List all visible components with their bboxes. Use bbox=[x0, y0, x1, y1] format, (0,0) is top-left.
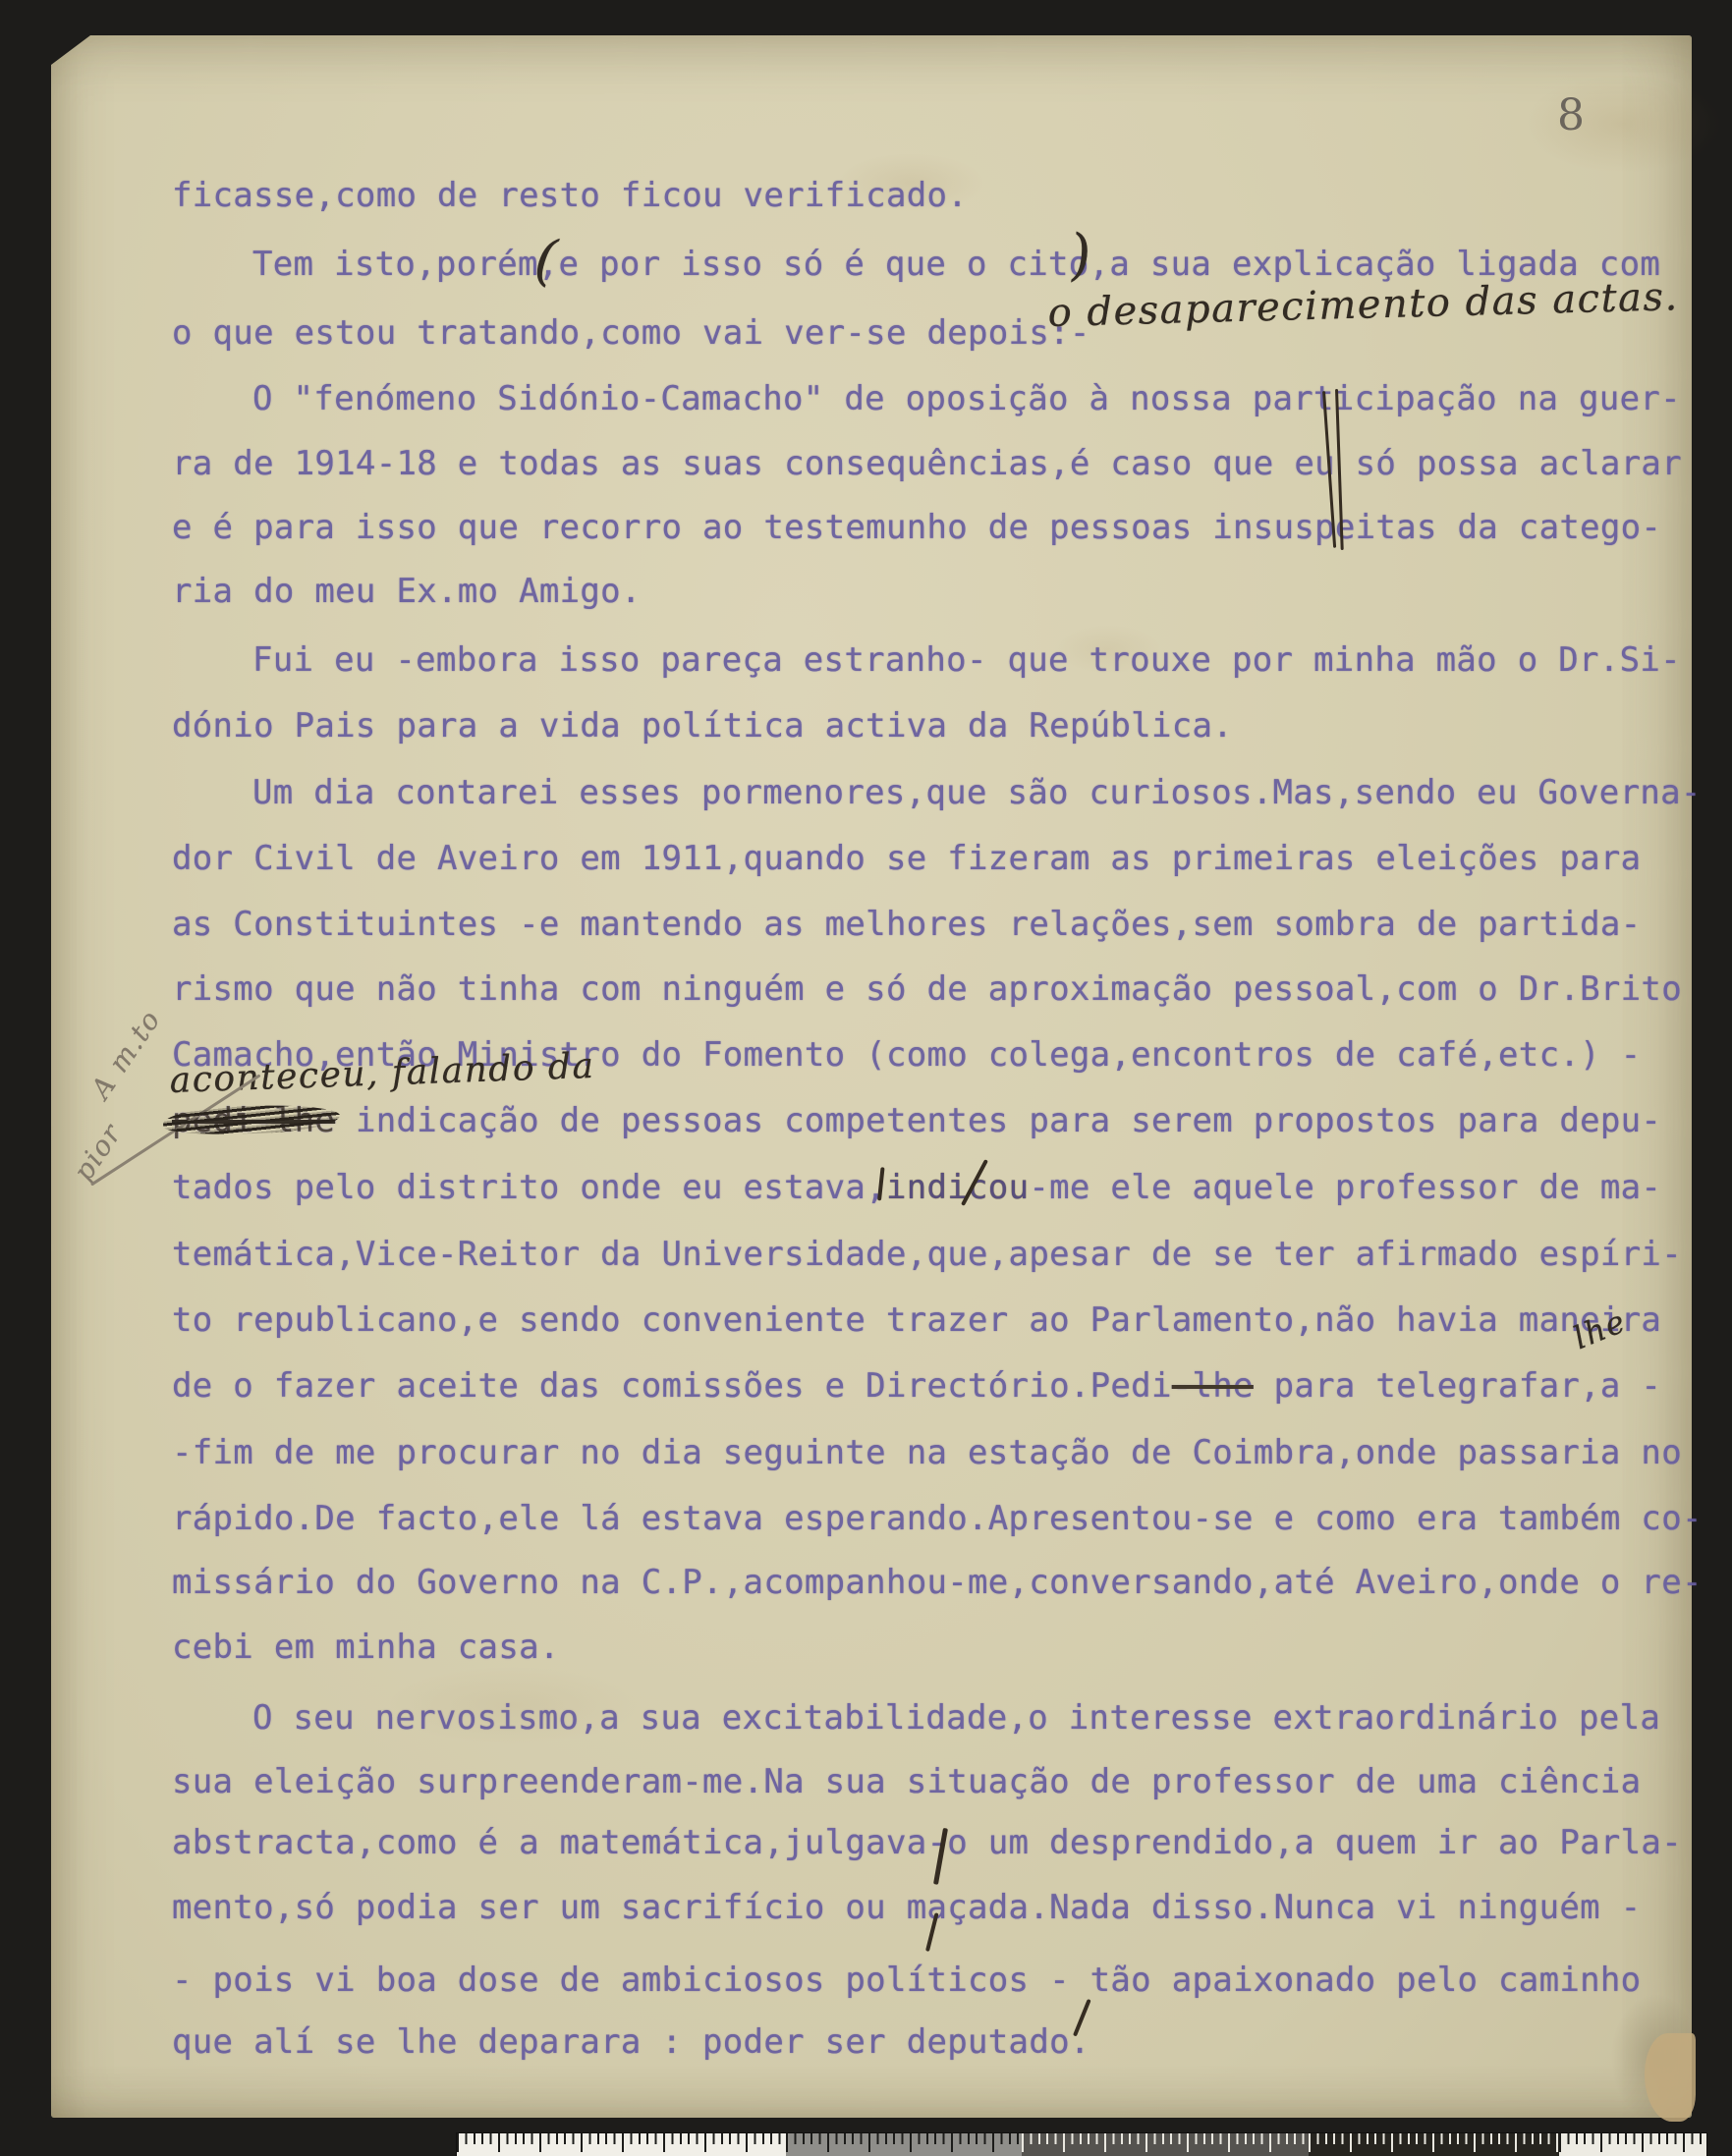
typed-line-28: - pois vi boa dose de ambiciosos polític… bbox=[172, 1963, 1641, 1998]
text-segment-typed: cebi em minha casa. bbox=[172, 1628, 560, 1667]
typed-line-20: -fim de me procurar no dia seguinte na e… bbox=[172, 1435, 1682, 1470]
archive-scan: 8 ficasse,como de resto ficou verificado… bbox=[0, 0, 1732, 2156]
typed-line-29: que alí se lhe deparara : poder ser depu… bbox=[172, 2024, 1090, 2060]
text-segment-typed: indicação de pessoas competentes para se… bbox=[335, 1101, 1661, 1140]
text-segment-typed: mento,só podia ser um sacrifício ou maça… bbox=[172, 1888, 1641, 1927]
text-segment-typed: ra de 1914-18 e todas as suas consequênc… bbox=[172, 444, 1682, 483]
typed-line-4: O "fenómeno Sidónio-Camacho" de oposição… bbox=[252, 381, 1681, 416]
typed-line-13: rismo que não tinha com ninguém e só de … bbox=[172, 971, 1682, 1007]
typed-line-7: ria do meu Ex.mo Amigo. bbox=[172, 574, 642, 609]
text-segment-typed: Tem isto,porém,e por isso só é que o cit… bbox=[252, 245, 1660, 284]
typed-line-21: rápido.De facto,ele lá estava esperando.… bbox=[172, 1501, 1703, 1536]
text-segment-typed: O "fenómeno Sidónio-Camacho" de oposição… bbox=[252, 379, 1681, 418]
typed-line-11: dor Civil de Aveiro em 1911,quando se fi… bbox=[172, 841, 1641, 876]
text-segment-typed: e é para isso que recorro ao testemunho … bbox=[172, 508, 1661, 547]
text-segment-typed: Fui eu -embora isso pareça estranho- que… bbox=[252, 640, 1681, 680]
typed-line-15: pedi-lhe indicação de pessoas competente… bbox=[172, 1103, 1661, 1138]
typed-line-19: de o fazer aceite das comissões e Direct… bbox=[172, 1368, 1661, 1404]
text-segment-typed: ria do meu Ex.mo Amigo. bbox=[172, 572, 642, 611]
text-segment-typed: -fim de me procurar no dia seguinte na e… bbox=[172, 1433, 1682, 1472]
text-segment-penned: indicou bbox=[886, 1168, 1029, 1207]
text-segment-typed: rismo que não tinha com ninguém e só de … bbox=[172, 969, 1682, 1009]
color-scale-ruler bbox=[457, 2133, 1706, 2156]
typed-line-9: dónio Pais para a vida política activa d… bbox=[172, 708, 1233, 744]
text-segment-typed: que alí se lhe deparara : poder ser depu… bbox=[172, 2022, 1090, 2062]
text-segment-typed: sua eleição surpreenderam-me.Na sua situ… bbox=[172, 1762, 1641, 1801]
ruler-segment-4 bbox=[1309, 2133, 1559, 2156]
typed-line-23: cebi em minha casa. bbox=[172, 1630, 560, 1665]
typed-line-10: Um dia contarei esses pormenores,que são… bbox=[252, 775, 1702, 810]
typed-line-18: to republicano,e sendo conveniente traze… bbox=[172, 1302, 1661, 1338]
ruler-ticks bbox=[457, 2133, 786, 2156]
ruler-segment-2 bbox=[786, 2133, 1022, 2156]
text-segment-typed: dónio Pais para a vida política activa d… bbox=[172, 706, 1233, 746]
text-segment-typed: to republicano,e sendo conveniente traze… bbox=[172, 1300, 1661, 1340]
typed-line-27: mento,só podia ser um sacrifício ou maça… bbox=[172, 1890, 1641, 1925]
ruler-ticks bbox=[786, 2133, 1022, 2156]
text-segment-typed: rápido.De facto,ele lá estava esperando.… bbox=[172, 1499, 1703, 1538]
typed-line-22: missário do Governo na C.P.,acompanhou-m… bbox=[172, 1565, 1703, 1600]
typed-line-25: sua eleição surpreenderam-me.Na sua situ… bbox=[172, 1764, 1641, 1799]
typed-line-2: Tem isto,porém,e por isso só é que o cit… bbox=[252, 247, 1660, 282]
text-segment-typed: tados pelo distrito onde eu estava, bbox=[172, 1168, 886, 1207]
text-segment-typed: abstracta,como é a matemática,julgava-o … bbox=[172, 1823, 1682, 1862]
text-segment-typed: temática,Vice-Reitor da Universidade,que… bbox=[172, 1235, 1682, 1274]
text-segment-typed: ficasse,como de resto ficou verificado. bbox=[172, 176, 968, 215]
ruler-segment-1 bbox=[457, 2133, 786, 2156]
typed-line-3: o que estou tratando,como vai ver-se dep… bbox=[172, 315, 1090, 351]
text-segment-typed: -me ele aquele professor de ma- bbox=[1029, 1168, 1661, 1207]
typed-line-12: as Constituintes -e mantendo as melhores… bbox=[172, 907, 1641, 942]
text-segment-typed: dor Civil de Aveiro em 1911,quando se fi… bbox=[172, 839, 1641, 878]
ruler-ticks bbox=[1309, 2133, 1559, 2156]
typed-line-16: tados pelo distrito onde eu estava,indic… bbox=[172, 1170, 1661, 1205]
typed-line-6: e é para isso que recorro ao testemunho … bbox=[172, 510, 1661, 545]
text-segment-typed: - pois vi boa dose de ambiciosos polític… bbox=[172, 1961, 1641, 2000]
text-segment-typed: missário do Governo na C.P.,acompanhou-m… bbox=[172, 1563, 1703, 1602]
typed-line-17: temática,Vice-Reitor da Universidade,que… bbox=[172, 1237, 1682, 1272]
typed-line-26: abstracta,como é a matemática,julgava-o … bbox=[172, 1825, 1682, 1860]
text-segment-typed: Um dia contarei esses pormenores,que são… bbox=[252, 773, 1702, 812]
ruler-ticks bbox=[1559, 2133, 1706, 2156]
typed-line-24: O seu nervosismo,a sua excitabilidade,o … bbox=[252, 1700, 1660, 1736]
ruler-segment-3 bbox=[1022, 2133, 1309, 2156]
text-segment-typed: o que estou tratando,como vai ver-se dep… bbox=[172, 313, 1090, 353]
text-segment-typed: para telegrafar,a - bbox=[1254, 1366, 1661, 1406]
ruler-ticks bbox=[1022, 2133, 1309, 2156]
text-segment-struck: -lhe bbox=[1172, 1366, 1254, 1406]
typed-line-1: ficasse,como de resto ficou verificado. bbox=[172, 178, 968, 213]
text-segment-typed: as Constituintes -e mantendo as melhores… bbox=[172, 905, 1641, 944]
typed-line-5: ra de 1914-18 e todas as suas consequênc… bbox=[172, 446, 1682, 481]
text-segment-typed: de o fazer aceite das comissões e Direct… bbox=[172, 1366, 1172, 1406]
typed-line-8: Fui eu -embora isso pareça estranho- que… bbox=[252, 642, 1681, 678]
ruler-segment-5 bbox=[1559, 2133, 1706, 2156]
text-segment-typed: O seu nervosismo,a sua excitabilidade,o … bbox=[252, 1698, 1660, 1738]
